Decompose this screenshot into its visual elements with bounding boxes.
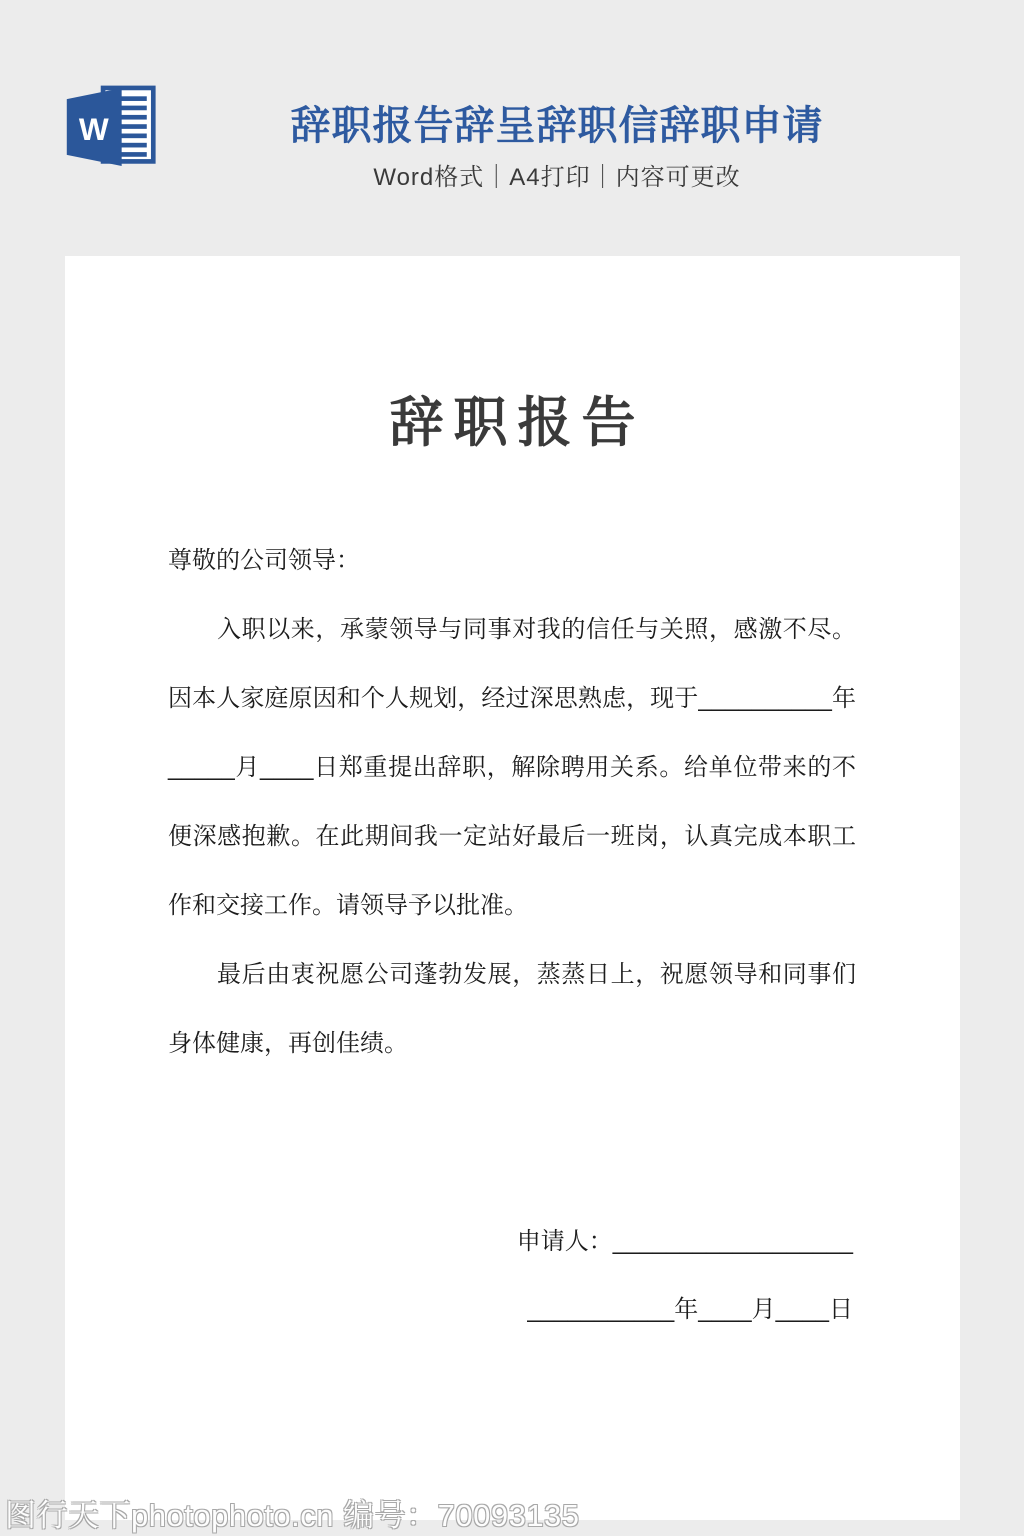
signature-block: 申请人：__________________ ___________年____月…	[168, 1208, 853, 1344]
document-title: 辞职报告	[65, 380, 960, 457]
salutation-line: 尊敬的公司领导：	[168, 526, 856, 595]
signature-applicant-line: 申请人：__________________	[168, 1208, 853, 1276]
body-line: _____月____日郑重提出辞职，解除聘用关系。给单位带来的不	[168, 733, 856, 802]
document-body: 尊敬的公司领导： 入职以来，承蒙领导与同事对我的信任与关照，感激不尽。 因本人家…	[168, 526, 856, 1078]
body-line: 身体健康，再创佳绩。	[168, 1009, 856, 1078]
body-line: 入职以来，承蒙领导与同事对我的信任与关照，感激不尽。	[168, 595, 856, 664]
body-line: 作和交接工作。请领导予以批准。	[168, 871, 856, 940]
document-page: 辞职报告 尊敬的公司领导： 入职以来，承蒙领导与同事对我的信任与关照，感激不尽。…	[65, 256, 960, 1520]
body-line: 因本人家庭原因和个人规划，经过深思熟虑，现于__________年	[168, 664, 856, 733]
header-subtitle: Word格式｜A4打印｜内容可更改	[90, 157, 1024, 192]
body-line: 便深感抱歉。在此期间我一定站好最后一班岗，认真完成本职工	[168, 802, 856, 871]
body-line: 最后由衷祝愿公司蓬勃发展，蒸蒸日上，祝愿领导和同事们	[168, 940, 856, 1009]
header-title: 辞职报告辞呈辞职信辞职申请	[90, 94, 1024, 151]
signature-date-line: ___________年____月____日	[168, 1276, 853, 1344]
watermark: 图行天下photophoto.cn 编号：70093135	[5, 1490, 580, 1535]
template-preview: W 辞职报告辞呈辞职信辞职申请 Word格式｜A4打印｜内容可更改 辞职报告 尊…	[0, 0, 1024, 1536]
